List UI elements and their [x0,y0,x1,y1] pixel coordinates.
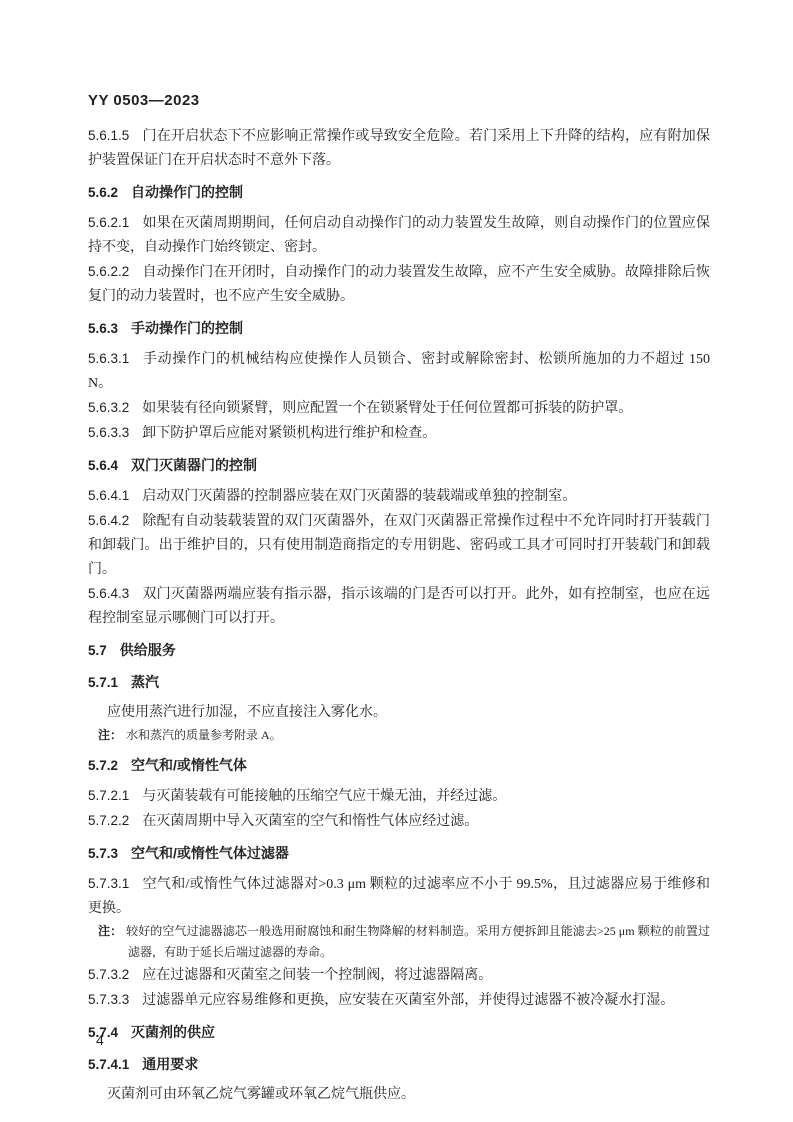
clause-text: 与灭菌装载有可能接触的压缩空气应干燥无油，并经过滤。 [142,789,506,804]
heading-number: 5.6.2 [88,185,131,200]
clause-text: 自动操作门在开闭时，自动操作门的动力装置发生故障，应不产生安全威胁。故障排除后恢… [88,265,710,304]
note-text: 水和蒸汽的质量参考附录 A。 [126,728,282,742]
heading-number: 5.7.3 [88,846,131,861]
clause-number: 5.6.2.2 [88,264,142,279]
heading-5-6-3: 5.6.3手动操作门的控制 [88,316,710,341]
heading-text: 空气和/或惰性气体 [131,757,247,773]
standard-number-header: YY 0503—2023 [88,92,200,109]
clause-5-6-2-2: 5.6.2.2自动操作门在开闭时，自动操作门的动力装置发生故障，应不产生安全威胁… [88,260,710,309]
note-label: 注： [98,728,126,742]
heading-text: 灭菌剂的供应 [131,1024,215,1040]
heading-5-7-1: 5.7.1蒸汽 [88,670,710,695]
heading-text: 供给服务 [120,642,176,658]
clause-number: 5.6.4.2 [88,513,142,528]
heading-number: 5.7.4 [88,1025,131,1040]
clause-text: 如果装有径向锁紧臂，则应配置一个在锁紧臂处于任何位置都可拆装的防护罩。 [142,401,632,416]
clause-5-6-3-2: 5.6.3.2如果装有径向锁紧臂，则应配置一个在锁紧臂处于任何位置都可拆装的防护… [88,396,710,421]
clause-text: 除配有自动装载装置的双门灭菌器外，在双门灭菌器正常操作过程中不允许同时打开装载门… [88,514,710,577]
clause-number: 5.6.2.1 [88,215,142,230]
clause-number: 5.6.4.1 [88,488,142,503]
heading-5-7: 5.7供给服务 [88,638,710,663]
clause-text: 手动操作门的机械结构应使操作人员锁合、密封或解除密封、松锁所施加的力不超过 15… [88,352,710,391]
clause-5-7-3-1: 5.7.3.1空气和/或惰性气体过滤器对>0.3 μm 颗粒的过滤率应不小于 9… [88,872,710,921]
clause-5-6-4-3: 5.6.4.3双门灭菌器两端应装有指示器，指示该端的门是否可以打开。此外，如有控… [88,582,710,631]
clause-text: 空气和/或惰性气体过滤器对>0.3 μm 颗粒的过滤率应不小于 99.5%，且过… [88,877,710,916]
heading-5-6-2: 5.6.2自动操作门的控制 [88,180,710,205]
heading-5-7-4-1: 5.7.4.1通用要求 [88,1052,710,1077]
paragraph-steam: 应使用蒸汽进行加湿，不应直接注入雾化水。 [88,701,710,725]
clause-5-7-2-2: 5.7.2.2在灭菌周期中导入灭菌室的空气和惰性气体应经过滤。 [88,809,710,834]
clause-text: 启动双门灭菌器的控制器应装在双门灭菌器的装载端或单独的控制室。 [142,489,576,504]
document-page: YY 0503—2023 5.6.1.5门在开启状态下不应影响正常操作或导致安全… [0,0,793,1122]
clause-5-6-4-1: 5.6.4.1启动双门灭菌器的控制器应装在双门灭菌器的装载端或单独的控制室。 [88,484,710,509]
heading-5-7-3: 5.7.3空气和/或惰性气体过滤器 [88,841,710,866]
clause-number: 5.6.1.5 [88,128,142,143]
clause-text: 双门灭菌器两端应装有指示器，指示该端的门是否可以打开。此外，如有控制室，也应在远… [88,587,710,626]
clause-5-6-3-1: 5.6.3.1手动操作门的机械结构应使操作人员锁合、密封或解除密封、松锁所施加的… [88,347,710,396]
clause-number: 5.6.3.1 [88,351,142,366]
heading-number: 5.6.3 [88,321,131,336]
heading-5-6-4: 5.6.4双门灭菌器门的控制 [88,453,710,478]
clause-number: 5.7.2.1 [88,788,142,803]
note-filter-material: 注：较好的空气过滤器滤芯一般选用耐腐蚀和耐生物降解的材料制造。采用方便拆卸且能滤… [98,921,710,963]
page-number: 4 [96,1032,104,1048]
heading-number: 5.7.4.1 [88,1057,142,1072]
note-label: 注： [98,924,126,938]
clause-5-6-2-1: 5.6.2.1如果在灭菌周期期间，任何启动自动操作门的动力装置发生故障，则自动操… [88,211,710,260]
heading-number: 5.7.2 [88,758,131,773]
clause-5-7-2-1: 5.7.2.1与灭菌装载有可能接触的压缩空气应干燥无油，并经过滤。 [88,784,710,809]
clause-text: 门在开启状态下不应影响正常操作或导致安全危险。若门采用上下升降的结构，应有附加保… [88,129,710,168]
clause-5-6-1-5: 5.6.1.5门在开启状态下不应影响正常操作或导致安全危险。若门采用上下升降的结… [88,124,710,173]
clause-5-6-4-2: 5.6.4.2除配有自动装载装置的双门灭菌器外，在双门灭菌器正常操作过程中不允许… [88,509,710,582]
heading-text: 蒸汽 [131,674,159,690]
heading-text: 手动操作门的控制 [131,320,243,336]
clause-5-7-3-2: 5.7.3.2应在过滤器和灭菌室之间装一个控制阀，将过滤器隔离。 [88,963,710,988]
clause-number: 5.6.3.2 [88,400,142,415]
heading-text: 空气和/或惰性气体过滤器 [131,845,289,861]
heading-text: 双门灭菌器门的控制 [131,457,257,473]
clause-number: 5.7.2.2 [88,813,142,828]
clause-number: 5.7.3.1 [88,876,142,891]
clause-text: 在灭菌周期中导入灭菌室的空气和惰性气体应经过滤。 [142,814,478,829]
note-steam-quality: 注：水和蒸汽的质量参考附录 A。 [98,725,710,746]
heading-number: 5.7 [88,643,120,658]
document-body: 5.6.1.5门在开启状态下不应影响正常操作或导致安全危险。若门采用上下升降的结… [88,124,710,1107]
heading-5-7-2: 5.7.2空气和/或惰性气体 [88,753,710,778]
clause-number: 5.6.3.3 [88,425,142,440]
clause-text: 过滤器单元应容易维修和更换，应安装在灭菌室外部，并使得过滤器不被冷凝水打湿。 [142,993,674,1008]
note-text: 较好的空气过滤器滤芯一般选用耐腐蚀和耐生物降解的材料制造。采用方便拆卸且能滤去>… [126,924,710,959]
clause-text: 卸下防护罩后应能对紧锁机构进行维护和检查。 [142,426,436,441]
clause-text: 如果在灭菌周期期间，任何启动自动操作门的动力装置发生故障，则自动操作门的位置应保… [88,216,710,255]
clause-text: 应在过滤器和灭菌室之间装一个控制阀，将过滤器隔离。 [142,968,492,983]
clause-5-6-3-3: 5.6.3.3卸下防护罩后应能对紧锁机构进行维护和检查。 [88,421,710,446]
heading-number: 5.6.4 [88,458,131,473]
heading-text: 自动操作门的控制 [131,184,243,200]
clause-number: 5.6.4.3 [88,586,142,601]
heading-5-7-4: 5.7.4灭菌剂的供应 [88,1020,710,1045]
clause-number: 5.7.3.3 [88,992,142,1007]
heading-number: 5.7.1 [88,675,131,690]
heading-text: 通用要求 [142,1056,198,1072]
clause-5-7-3-3: 5.7.3.3过滤器单元应容易维修和更换，应安装在灭菌室外部，并使得过滤器不被冷… [88,988,710,1013]
clause-number: 5.7.3.2 [88,967,142,982]
paragraph-sterilant-supply: 灭菌剂可由环氧乙烷气雾罐或环氧乙烷气瓶供应。 [88,1083,710,1107]
